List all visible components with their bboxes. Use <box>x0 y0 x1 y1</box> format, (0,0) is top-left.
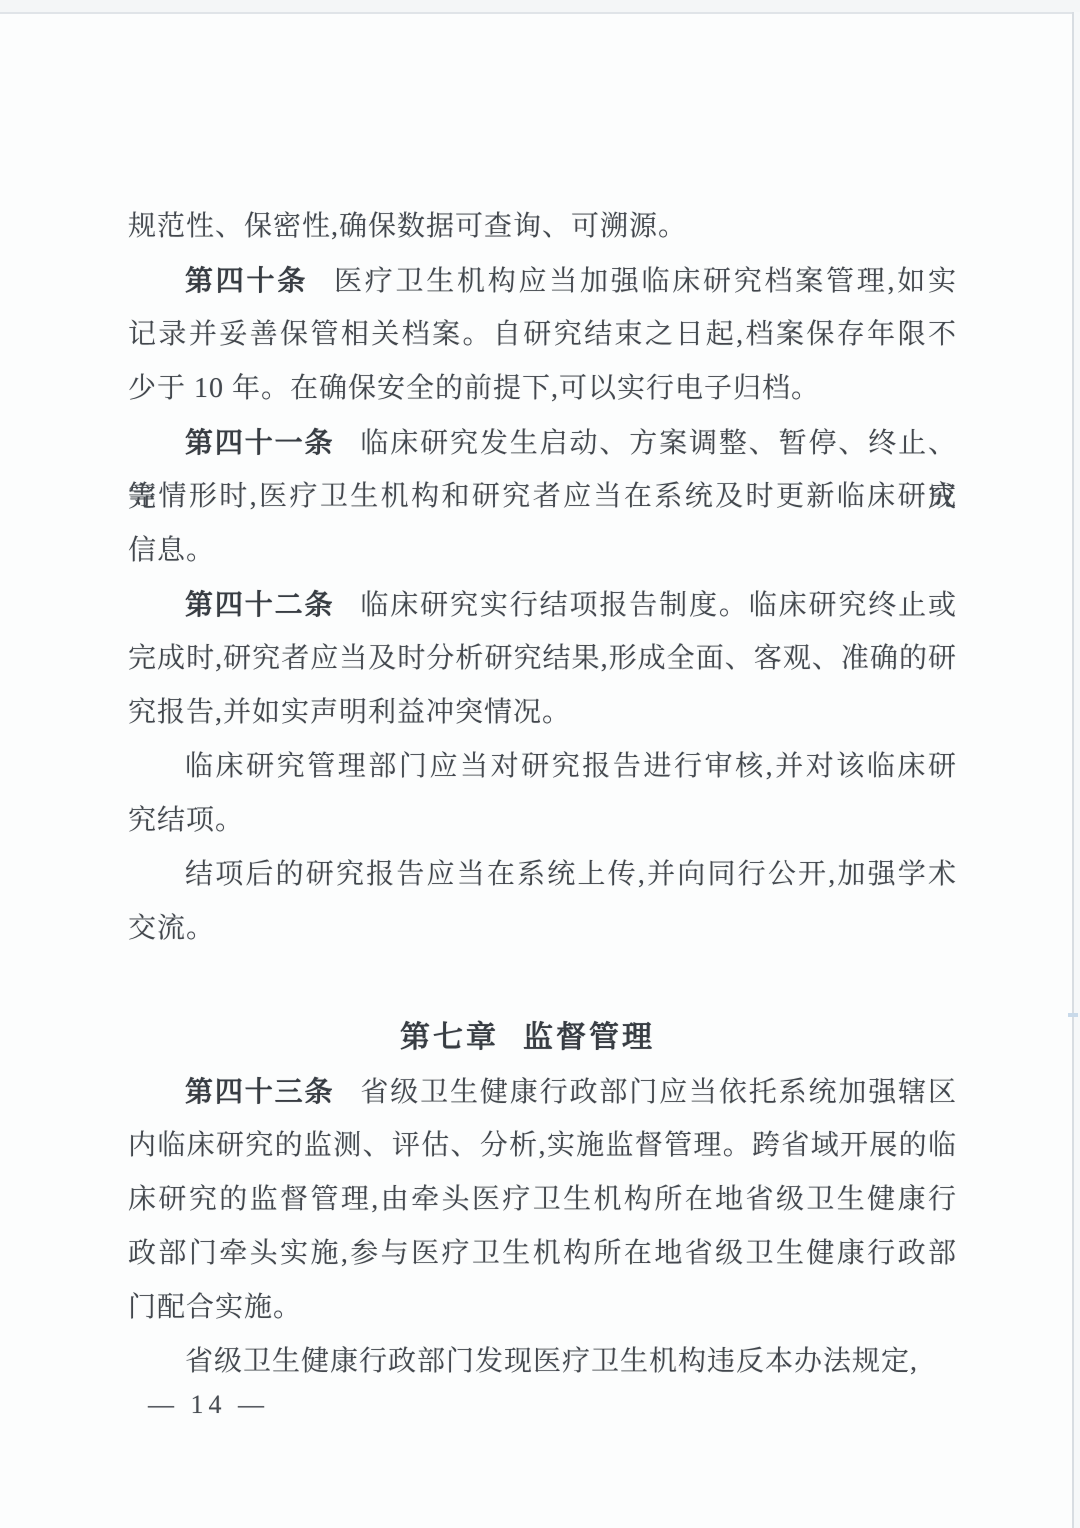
line-text: 政部门牵头实施,参与医疗卫生机构所在地省级卫生健康行政部 <box>128 1238 957 1269</box>
article-number: 第四十条 <box>185 265 308 296</box>
body-text-line: 第四十一条临床研究发生启动、方案调整、暂停、终止、完成 <box>128 416 957 470</box>
body-text-line: 临床研究管理部门应当对研究报告进行审核,并对该临床研 <box>128 740 957 794</box>
scan-top-edge-line <box>0 12 1080 14</box>
line-text: 等情形时,医疗卫生机构和研究者应当在系统及时更新临床研究 <box>128 481 957 512</box>
body-text-line: 等情形时,医疗卫生机构和研究者应当在系统及时更新临床研究 <box>128 470 957 524</box>
body-text-line: 交流。 <box>128 902 957 956</box>
line-text: 交流。 <box>128 913 215 944</box>
body-text-line: 第四十条医疗卫生机构应当加强临床研究档案管理,如实 <box>128 254 957 308</box>
line-text: 门配合实施。 <box>128 1292 302 1323</box>
line-text: 内临床研究的监测、评估、分析,实施监督管理。跨省域开展的临 <box>128 1130 957 1161</box>
line-text: 医疗卫生机构应当加强临床研究档案管理,如实 <box>334 266 957 297</box>
line-text: 省级卫生健康行政部门发现医疗卫生机构违反本办法规定, <box>185 1346 918 1377</box>
line-text: 床研究的监督管理,由牵头医疗卫生机构所在地省级卫生健康行 <box>128 1184 957 1215</box>
scanned-document-page: 规范性、保密性,确保数据可查询、可溯源。第四十条医疗卫生机构应当加强临床研究档案… <box>0 0 1080 1528</box>
body-text-line: 第四十三条省级卫生健康行政部门应当依托系统加强辖区 <box>128 1065 957 1119</box>
article-number: 第四十二条 <box>185 589 334 620</box>
line-text: 究报告,并如实声明利益冲突情况。 <box>128 697 571 728</box>
body-text-line: 省级卫生健康行政部门发现医疗卫生机构违反本办法规定, <box>128 1335 957 1389</box>
scan-artifact <box>1068 1013 1078 1017</box>
line-text: 临床研究实行结项报告制度。临床研究终止或 <box>360 590 957 621</box>
body-text-line: 政部门牵头实施,参与医疗卫生机构所在地省级卫生健康行政部 <box>128 1227 957 1281</box>
body-text-line: 内临床研究的监测、评估、分析,实施监督管理。跨省域开展的临 <box>128 1119 957 1173</box>
line-text: 究结项。 <box>128 805 244 836</box>
scan-right-edge-line <box>1072 12 1074 1528</box>
line-text: 记录并妥善保管相关档案。自研究结束之日起,档案保存年限不 <box>128 319 957 350</box>
body-text-line: 结项后的研究报告应当在系统上传,并向同行公开,加强学术 <box>128 848 957 902</box>
article-number: 第四十三条 <box>185 1076 334 1107</box>
body-text-line: 少于 10 年。在确保安全的前提下,可以实行电子归档。 <box>128 362 957 416</box>
scan-right-margin <box>1074 12 1080 1528</box>
body-text-line: 第四十二条临床研究实行结项报告制度。临床研究终止或 <box>128 578 957 632</box>
body-text-line: 完成时,研究者应当及时分析研究结果,形成全面、客观、准确的研 <box>128 632 957 686</box>
line-text: 少于 10 年。在确保安全的前提下,可以实行电子归档。 <box>128 373 820 404</box>
body-text-line: 规范性、保密性,确保数据可查询、可溯源。 <box>128 200 957 254</box>
body-text-line: 床研究的监督管理,由牵头医疗卫生机构所在地省级卫生健康行 <box>128 1173 957 1227</box>
line-text: 临床研究管理部门应当对研究报告进行审核,并对该临床研 <box>185 751 957 782</box>
body-text-line: 门配合实施。 <box>128 1281 957 1335</box>
scan-top-margin <box>0 0 1080 12</box>
body-text-line: 信息。 <box>128 524 957 578</box>
line-text: 信息。 <box>128 535 215 566</box>
line-text: 规范性、保密性,确保数据可查询、可溯源。 <box>128 211 687 242</box>
body-text-line: 记录并妥善保管相关档案。自研究结束之日起,档案保存年限不 <box>128 308 957 362</box>
chapter-heading: 第七章监督管理 <box>128 1011 957 1065</box>
page-content: 规范性、保密性,确保数据可查询、可溯源。第四十条医疗卫生机构应当加强临床研究档案… <box>128 200 957 1389</box>
line-text: 完成时,研究者应当及时分析研究结果,形成全面、客观、准确的研 <box>128 643 957 674</box>
line-text: 省级卫生健康行政部门应当依托系统加强辖区 <box>360 1077 957 1108</box>
chapter-number: 第七章 <box>400 1021 499 1054</box>
article-number: 第四十一条 <box>185 427 334 458</box>
body-text-line: 究报告,并如实声明利益冲突情况。 <box>128 686 957 740</box>
body-text-line: 究结项。 <box>128 794 957 848</box>
line-text: 结项后的研究报告应当在系统上传,并向同行公开,加强学术 <box>185 859 957 890</box>
page-number: — 14 — <box>148 1390 269 1420</box>
line-text: 监督管理 <box>523 1021 655 1054</box>
